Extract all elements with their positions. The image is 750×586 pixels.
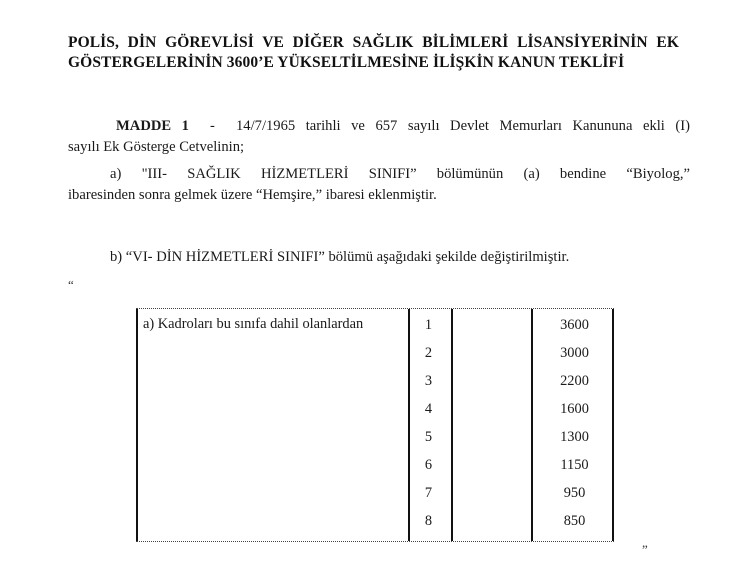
description-column: a) Kadroları bu sınıfa dahil olanlardan [136,309,408,541]
article-1-intro: MADDE 1 - 14/7/1965 tarihli ve 657 sayıl… [68,116,690,158]
clause-a: a) "III- SAĞLIK HİZMETLERİ SINIFI” bölüm… [68,164,690,206]
closing-quote-mark: ” [642,542,648,558]
clause-b: b) “VI- DİN HİZMETLERİ SINIFI” bölümü aş… [68,247,690,268]
clause-b-line-1: b) “VI- DİN HİZMETLERİ SINIFI” bölümü aş… [68,247,690,268]
degree-cell: 1 [410,316,451,344]
indicator-cell: 1150 [533,456,612,484]
indicator-cell: 1300 [533,428,612,456]
article-heading: MADDE 1 [116,118,189,134]
title-line-2: GÖSTERGELERİNİN 3600’E YÜKSELTİLMESİNE İ… [68,53,688,73]
degree-cell: 2 [410,344,451,372]
article-1-line-1: MADDE 1 - 14/7/1965 tarihli ve 657 sayıl… [68,116,690,137]
document-title: POLİS, DİN GÖREVLİSİ VE DİĞER SAĞLIK BİL… [68,33,688,73]
degree-cell: 7 [410,484,451,512]
clause-a-line-2: ibaresinden sonra gelmek üzere “Hemşire,… [68,185,690,206]
description-cell: a) Kadroları bu sınıfa dahil olanlardan [143,316,363,333]
opening-quote-mark: “ [68,277,74,293]
blank-column [451,309,531,541]
degree-cell: 6 [410,456,451,484]
indicator-cell: 2200 [533,372,612,400]
indicator-cell: 850 [533,512,612,540]
indicator-cell: 3000 [533,344,612,372]
title-line-1: POLİS, DİN GÖREVLİSİ VE DİĞER SAĞLIK BİL… [68,33,679,53]
indicator-cell: 1600 [533,400,612,428]
indicator-cell: 3600 [533,316,612,344]
indicator-cell: 950 [533,484,612,512]
article-1-line-2: sayılı Ek Gösterge Cetvelinin; [68,137,690,158]
degree-cell: 5 [410,428,451,456]
degree-cell: 4 [410,400,451,428]
clause-a-line-1: a) "III- SAĞLIK HİZMETLERİ SINIFI” bölüm… [68,164,690,185]
article-intro-text: - 14/7/1965 tarihli ve 657 sayılı Devlet… [189,118,690,134]
degree-cell: 3 [410,372,451,400]
indicator-column: 360030002200160013001150950850 [531,309,614,541]
degree-column: 12345678 [408,309,451,541]
indicator-table: a) Kadroları bu sınıfa dahil olanlardan … [136,308,614,542]
degree-cell: 8 [410,512,451,540]
